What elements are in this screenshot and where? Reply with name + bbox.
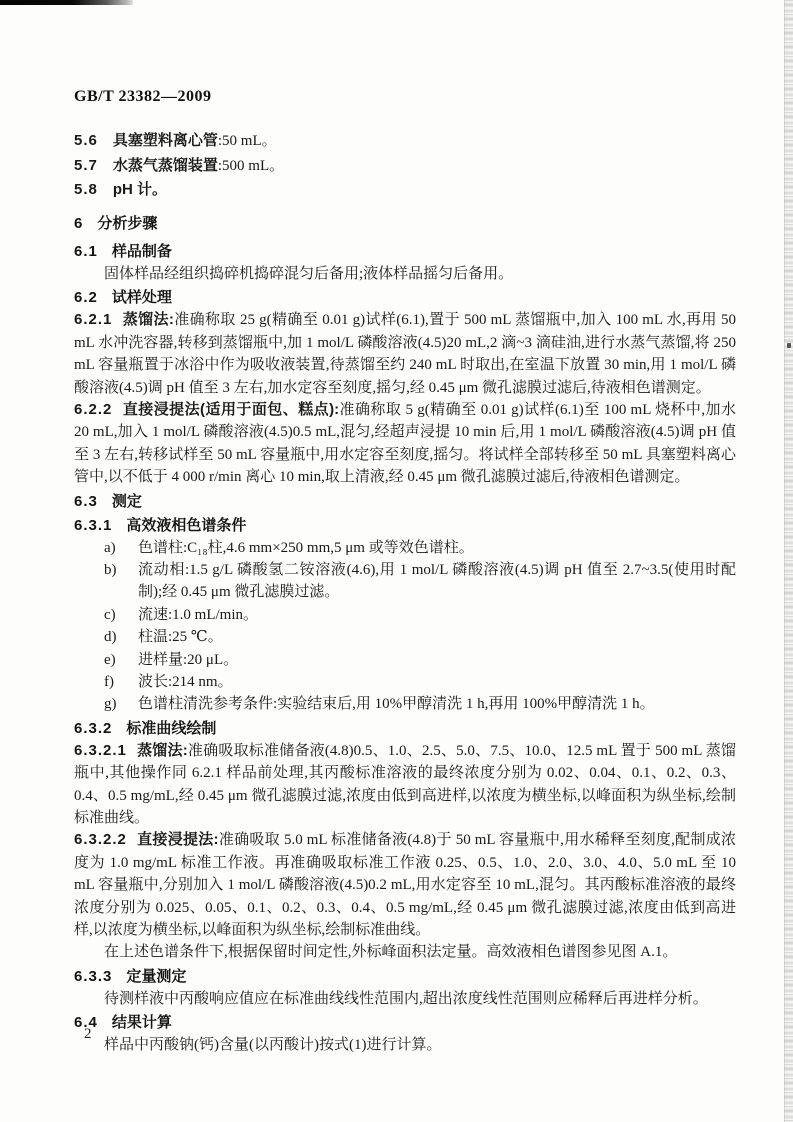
- clause-number: 6.2.1: [74, 311, 112, 328]
- paragraph-chromatography-note: 在上述色谱条件下,根据保留时间定性,外标峰面积法定量。高效液相色谱图参见图 A.…: [74, 941, 736, 963]
- clause-title: 结果计算: [112, 1014, 172, 1031]
- list-item-text: 色谱柱:C₁₈柱,4.6 mm×250 mm,5 μm 或等效色谱柱。: [138, 540, 474, 556]
- apparatus-item-5-7: 5.7水蒸气蒸馏装置:500 mL。: [74, 154, 736, 179]
- hplc-condition-item-d: d)柱温:25 ℃。: [74, 626, 736, 648]
- clause-number: 6.3.3: [74, 968, 112, 985]
- clause-number: 6.3.2.2: [74, 831, 127, 848]
- hplc-condition-item-e: e)进样量:20 μL。: [74, 649, 736, 671]
- clause-lead: 蒸馏法:: [122, 311, 174, 328]
- standard-code-header: GB/T 23382—2009: [74, 86, 736, 108]
- clause-title: 试样处理: [112, 289, 172, 306]
- clause-title: 样品制备: [112, 243, 172, 260]
- scan-artifact-top-bar: [0, 0, 133, 5]
- section-heading-6-3-2: 6.3.2标准曲线绘制: [74, 717, 736, 740]
- clause-number: 5.8: [74, 181, 98, 198]
- list-marker: c): [104, 604, 116, 626]
- apparatus-item-5-6: 5.6具塞塑料离心管:50 mL。: [74, 129, 736, 154]
- clause-6-2-2: 6.2.2直接浸提法(适用于面包、糕点):准确称取 5 g(精确至 0.01 g…: [74, 399, 736, 489]
- hplc-condition-item-g: g)色谱柱清洗参考条件:实验结束后,用 10%甲醇清洗 1 h,再用 100%甲…: [74, 693, 736, 715]
- document-page: GB/T 23382—2009 5.6具塞塑料离心管:50 mL。 5.7水蒸气…: [0, 0, 793, 1122]
- list-marker: g): [104, 693, 117, 715]
- clause-6-3-2-1: 6.3.2.1蒸馏法:准确吸取标准储备液(4.8)0.5、1.0、2.5、5.0…: [74, 740, 736, 830]
- apparatus-title: 具塞塑料离心管: [113, 132, 218, 149]
- section-heading-6-3-1: 6.3.1高效液相色谱条件: [74, 514, 736, 537]
- hplc-condition-item-a: a)色谱柱:C₁₈柱,4.6 mm×250 mm,5 μm 或等效色谱柱。: [74, 537, 736, 559]
- clause-number: 6.3: [74, 493, 98, 510]
- clause-number: 6.3.1: [74, 517, 112, 534]
- hplc-condition-item-c: c)流速:1.0 mL/min。: [74, 604, 736, 626]
- section-heading-6: 6分析步骤: [74, 212, 736, 235]
- section-heading-6-2: 6.2试样处理: [74, 286, 736, 309]
- section-heading-6-1: 6.1样品制备: [74, 240, 736, 263]
- clause-lead: 蒸馏法:: [137, 742, 188, 759]
- list-item-text: 柱温:25 ℃。: [138, 629, 223, 645]
- clause-lead: 直接浸提法(适用于面包、糕点):: [122, 401, 339, 418]
- clause-number: 6: [74, 215, 83, 232]
- clause-number: 5.7: [74, 157, 98, 174]
- clause-lead: 直接浸提法:: [137, 831, 219, 848]
- hplc-condition-item-f: f)波长:214 nm。: [74, 671, 736, 693]
- apparatus-title: 水蒸气蒸馏装置: [113, 157, 218, 174]
- clause-title: 定量测定: [126, 968, 186, 985]
- list-marker: b): [104, 559, 117, 581]
- paragraph-6-4: 样品中丙酸钠(钙)含量(以丙酸计)按式(1)进行计算。: [74, 1034, 736, 1056]
- paragraph-6-3-3: 待测样液中丙酸响应值应在标准曲线线性范围内,超出浓度线性范围则应稀释后再进样分析…: [74, 988, 736, 1010]
- clause-number: 6.3.2: [74, 720, 112, 737]
- page-number: 2: [84, 1026, 92, 1043]
- list-marker: f): [104, 671, 114, 693]
- clause-title: 测定: [112, 493, 142, 510]
- clause-number: 6.2: [74, 289, 98, 306]
- apparatus-item-5-8: 5.8pH 计。: [74, 178, 736, 203]
- clause-number: 6.3.2.1: [74, 742, 127, 759]
- section-heading-6-3-3: 6.3.3定量测定: [74, 965, 736, 988]
- section-heading-6-4: 6.4结果计算: [74, 1011, 736, 1034]
- hplc-condition-item-b: b)流动相:1.5 g/L 磷酸氢二铵溶液(4.6),用 1 mol/L 磷酸溶…: [74, 559, 736, 604]
- clause-number: 6.1: [74, 243, 98, 260]
- clause-number: 5.6: [74, 132, 98, 149]
- list-item-text: 波长:214 nm。: [138, 674, 233, 690]
- list-item-text: 流动相:1.5 g/L 磷酸氢二铵溶液(4.6),用 1 mol/L 磷酸溶液(…: [138, 562, 736, 600]
- apparatus-value: :50 mL。: [218, 133, 277, 149]
- apparatus-value: :500 mL。: [218, 158, 284, 174]
- clause-6-2-1: 6.2.1蒸馏法:准确称取 25 g(精确至 0.01 g)试样(6.1),置于…: [74, 309, 736, 399]
- scan-artifact-speck: [787, 343, 791, 348]
- scan-artifact-right-edge: [784, 0, 793, 1122]
- clause-title: 高效液相色谱条件: [126, 517, 246, 534]
- clause-text: 准确称取 25 g(精确至 0.01 g)试样(6.1),置于 500 mL 蒸…: [74, 312, 736, 395]
- page-content: GB/T 23382—2009 5.6具塞塑料离心管:50 mL。 5.7水蒸气…: [74, 86, 736, 1057]
- apparatus-title: pH 计。: [113, 181, 167, 198]
- section-heading-6-3: 6.3测定: [74, 490, 736, 513]
- clause-6-3-2-2: 6.3.2.2直接浸提法:准确吸取 5.0 mL 标准储备液(4.8)于 50 …: [74, 829, 736, 941]
- list-marker: a): [104, 537, 116, 559]
- list-marker: d): [104, 626, 117, 648]
- clause-title: 分析步骤: [97, 215, 157, 232]
- list-marker: e): [104, 649, 116, 671]
- list-item-text: 流速:1.0 mL/min。: [138, 607, 258, 623]
- clause-number: 6.2.2: [74, 401, 112, 418]
- clause-title: 标准曲线绘制: [126, 720, 216, 737]
- paragraph-6-1: 固体样品经组织捣碎机捣碎混匀后备用;液体样品摇匀后备用。: [74, 263, 736, 285]
- list-item-text: 色谱柱清洗参考条件:实验结束后,用 10%甲醇清洗 1 h,再用 100%甲醇清…: [138, 696, 655, 712]
- list-item-text: 进样量:20 μL。: [138, 652, 238, 668]
